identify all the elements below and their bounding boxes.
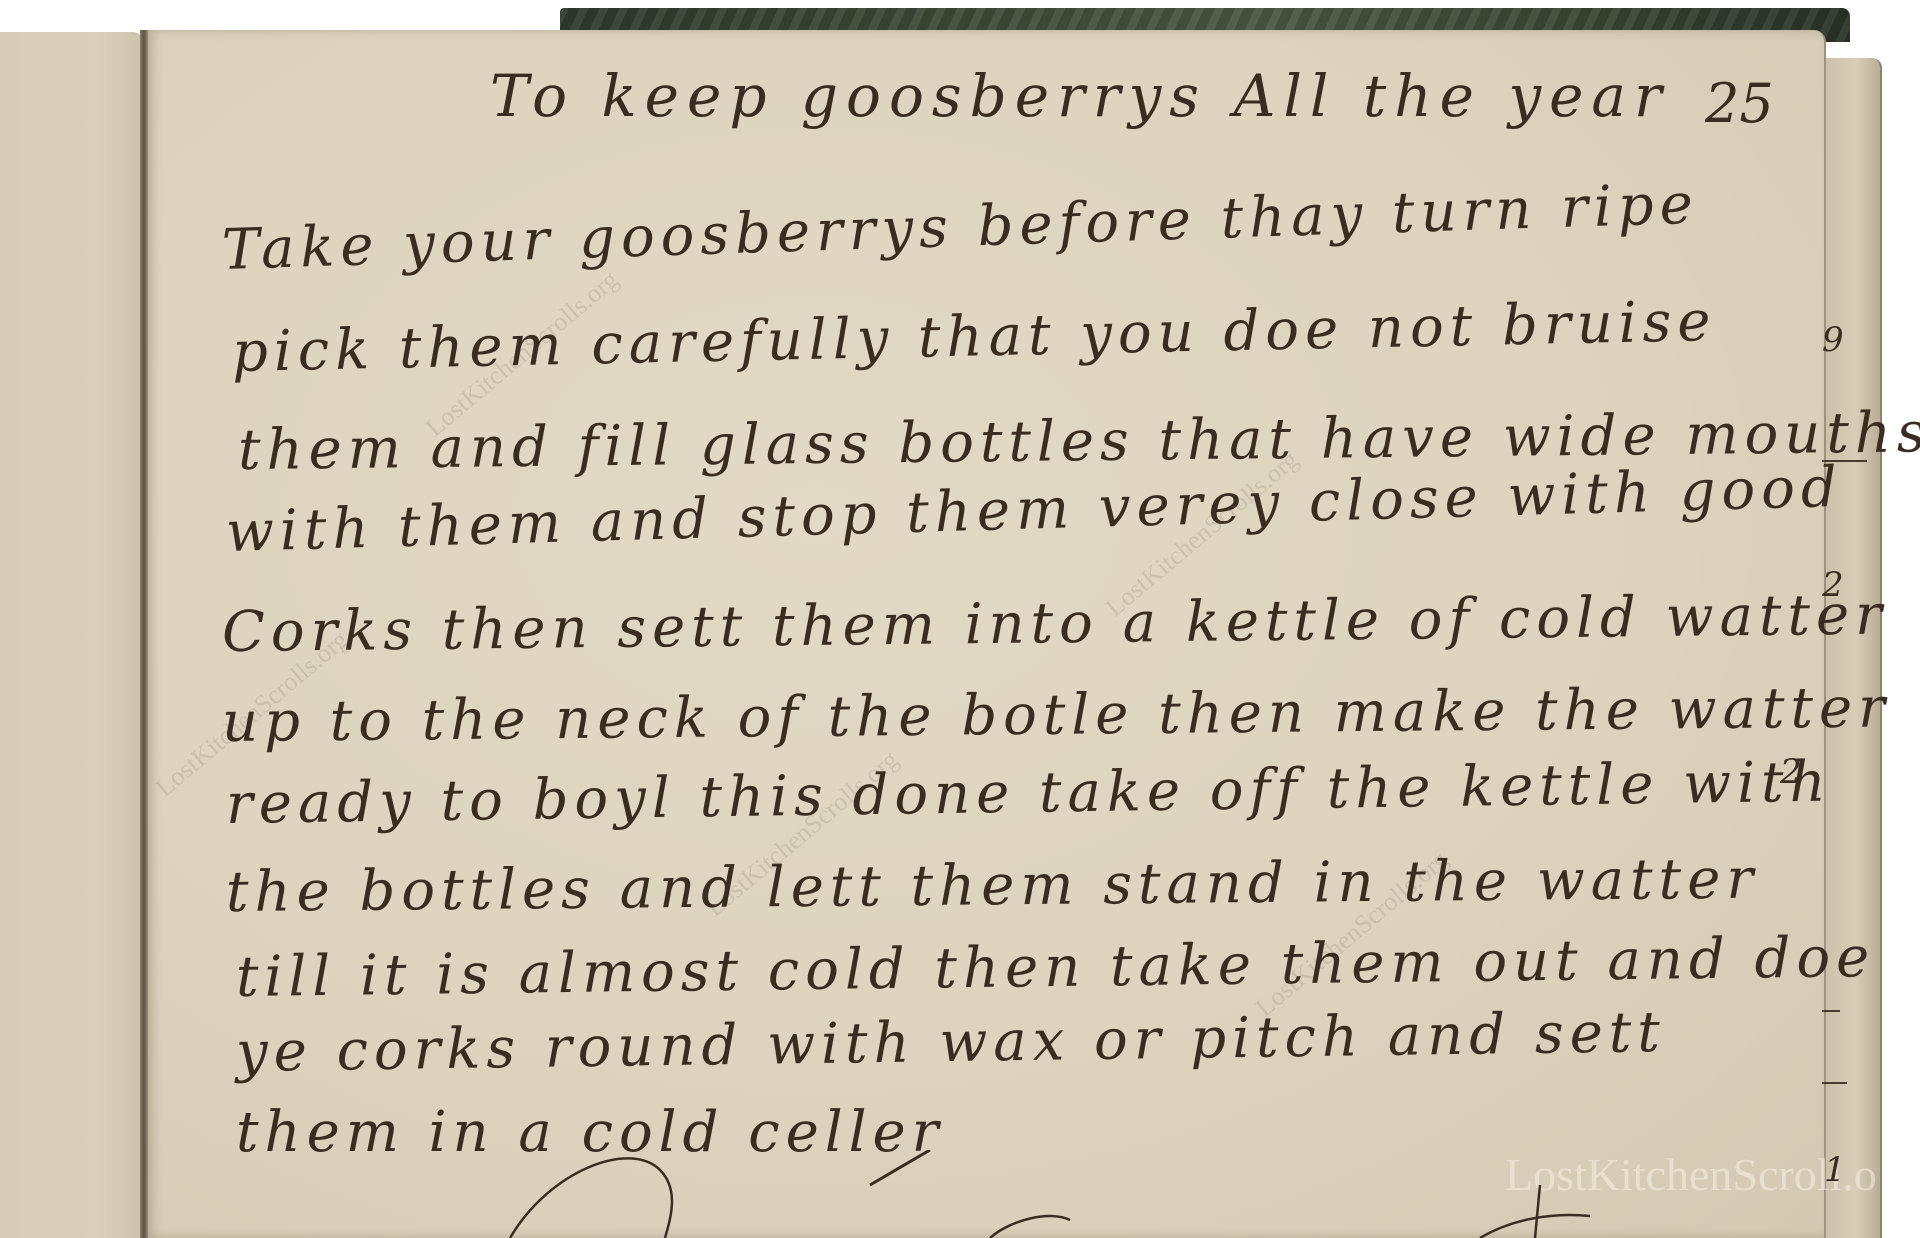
margin-tick bbox=[1822, 1082, 1847, 1084]
book-gutter bbox=[140, 30, 148, 1238]
margin-mark: 1 bbox=[1824, 1150, 1846, 1190]
margin-mark: 9 bbox=[1822, 320, 1844, 360]
margin-tick bbox=[1822, 460, 1867, 462]
signature-flourish bbox=[490, 1150, 1590, 1238]
recipe-title: To keep goosberrys All the year bbox=[490, 62, 1670, 130]
left-page bbox=[0, 32, 143, 1238]
page-number: 25 bbox=[1705, 72, 1774, 135]
margin-tick bbox=[1822, 1010, 1840, 1012]
margin-mark: 2 bbox=[1822, 565, 1844, 605]
manuscript-scene: LostKitchenScrolls.org LostKitchenScroll… bbox=[0, 0, 1920, 1238]
margin-mark: 2 bbox=[1780, 752, 1802, 792]
signature-strokes-icon bbox=[490, 1150, 1590, 1238]
manuscript-line: the bottles and lett them stand in the w… bbox=[226, 847, 1760, 925]
